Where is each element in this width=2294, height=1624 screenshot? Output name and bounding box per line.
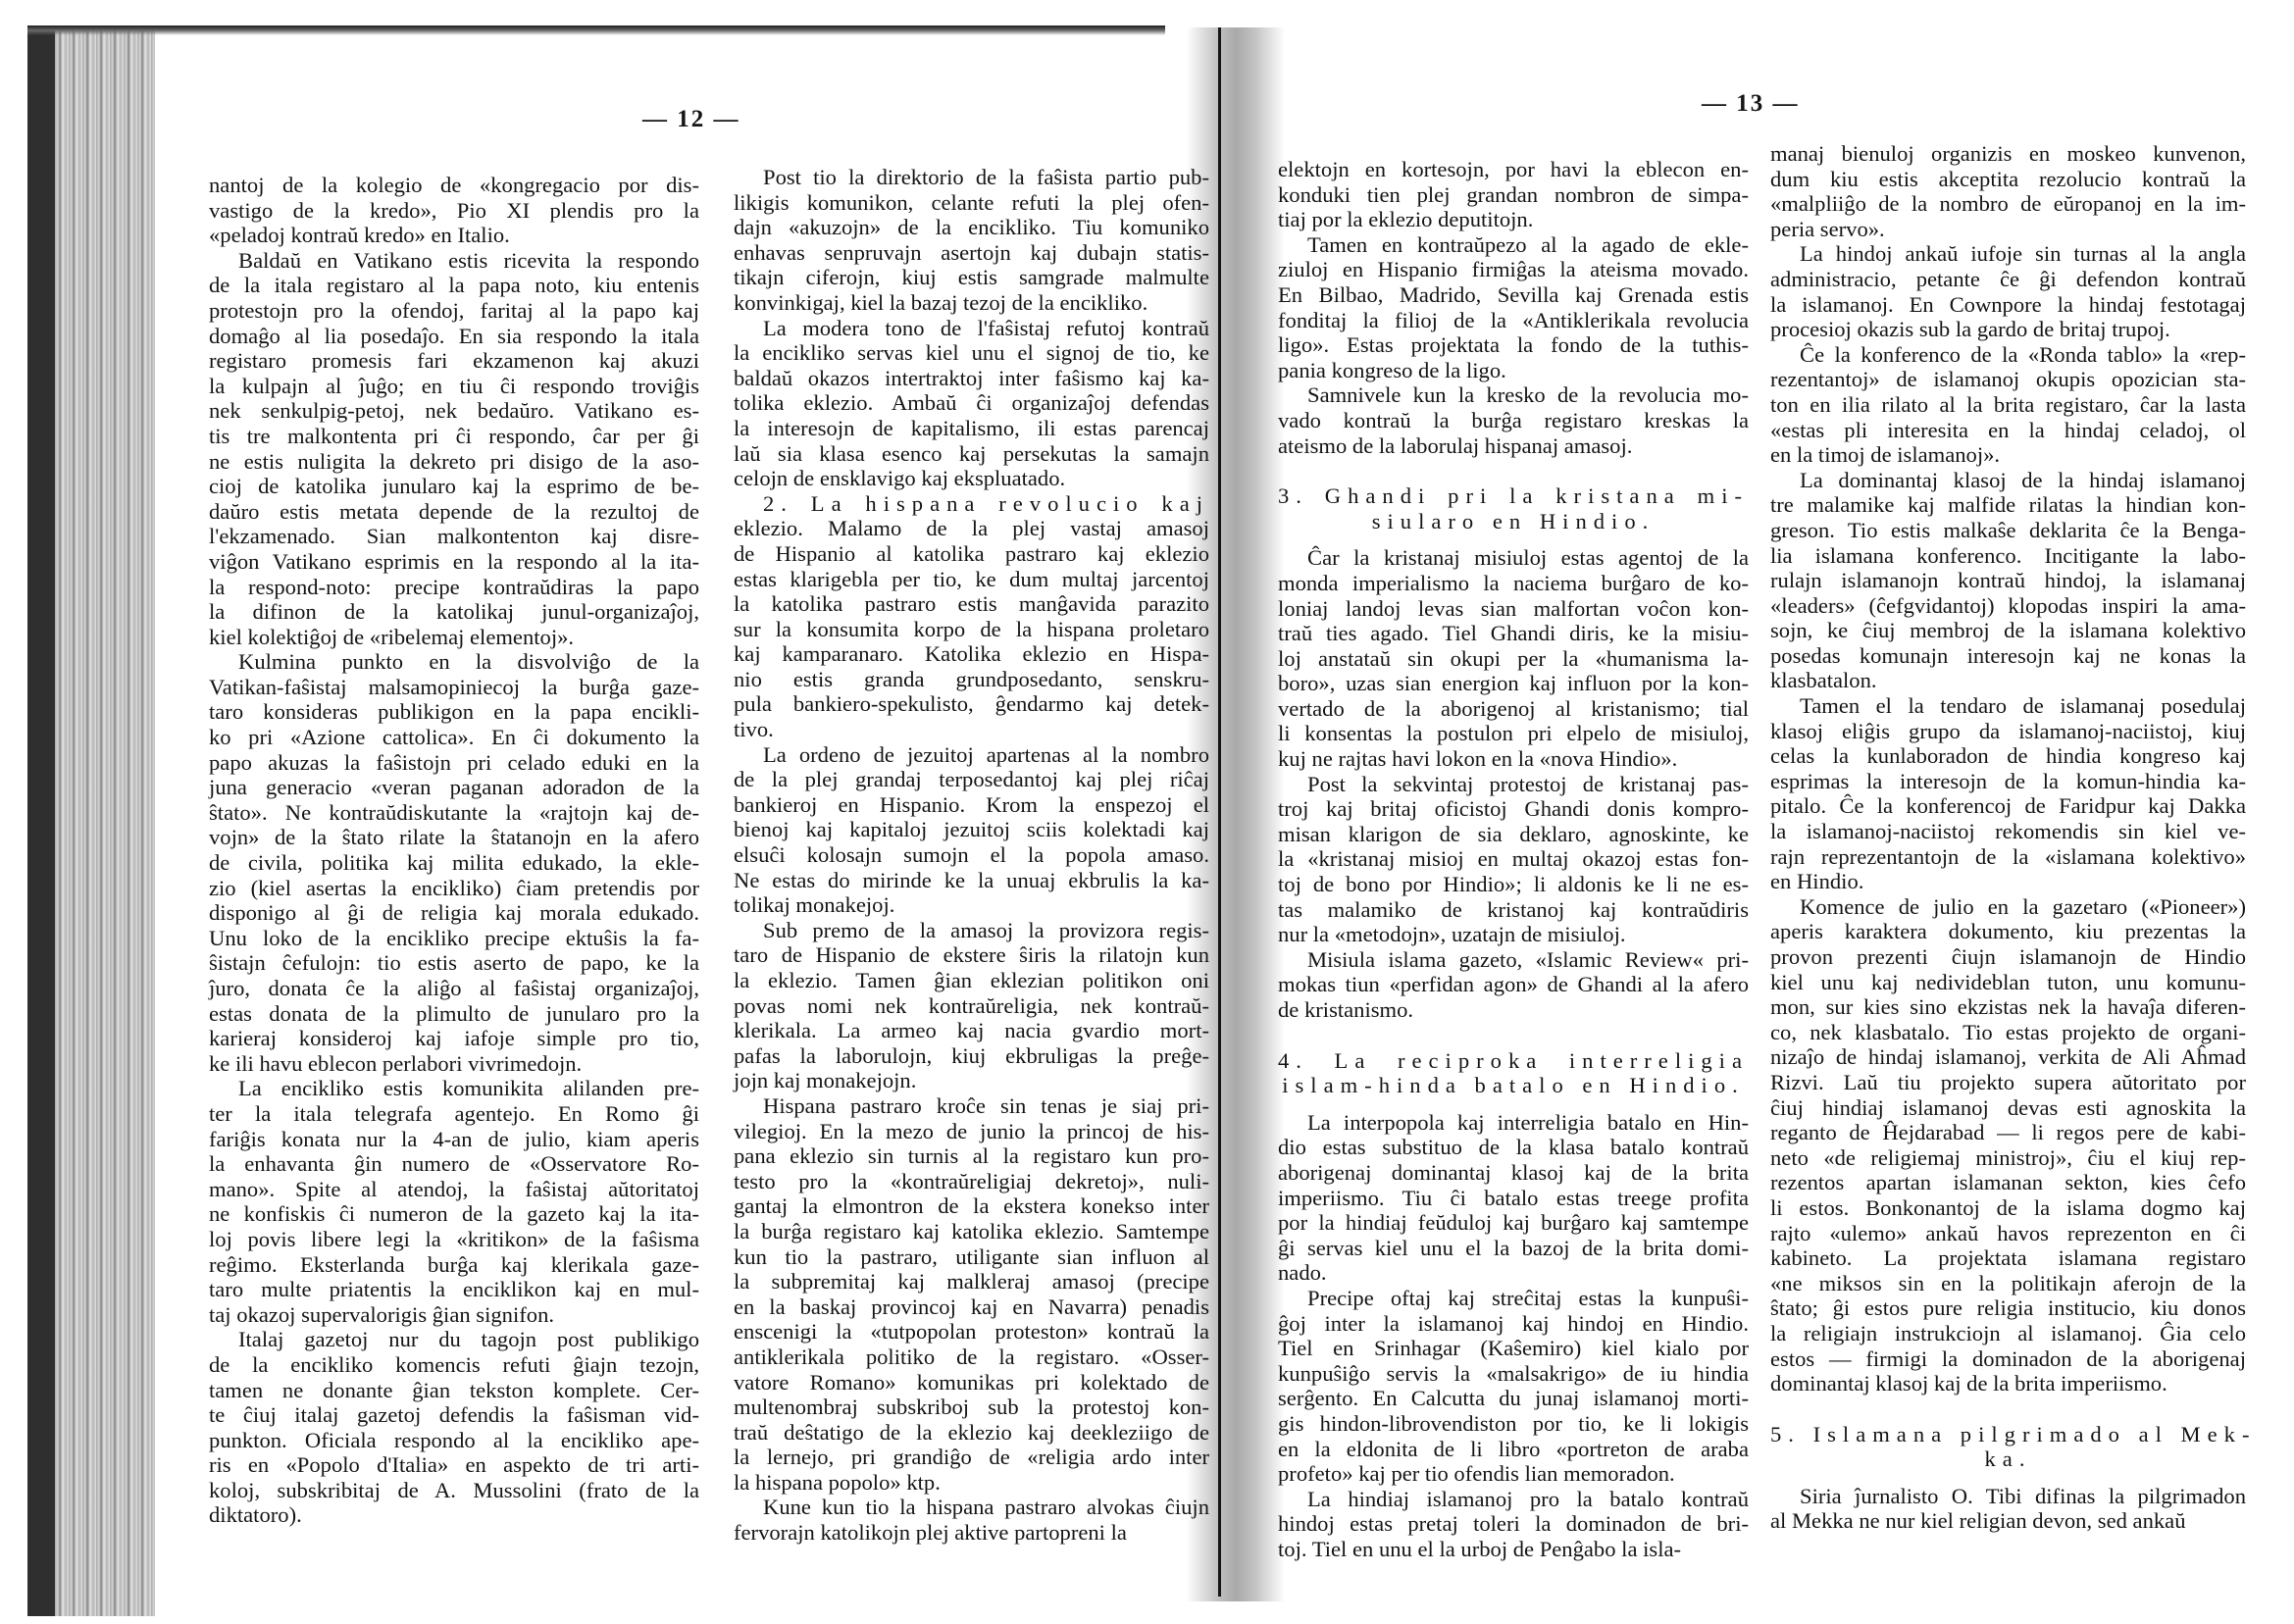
text-line: reĝimo. Eksterlanda burĝa kaj klerikala … xyxy=(209,1252,699,1278)
text-line: tivo. xyxy=(734,717,1209,742)
text-line: multenombraj subskriboj sub la protestoj… xyxy=(734,1395,1209,1420)
text-line: ziuloj en Hispanio firmiĝas la ateisma m… xyxy=(1278,257,1749,282)
text-line: troj kaj britaj oficistoj Ghandi donis k… xyxy=(1278,796,1749,822)
text-line: vilegioj. En la mezo de junio la princoj… xyxy=(734,1119,1209,1144)
text-line: la religiajn instrukciojn al islamanoj. … xyxy=(1770,1321,2246,1346)
text-line: kunpuŝiĝo servis la «malsakrigo» de iu h… xyxy=(1278,1361,1749,1387)
text-line: estas klarigebla per tio, ke dum multaj … xyxy=(734,567,1209,592)
paragraph: Sub premo de la amasoj la provizora regi… xyxy=(734,918,1209,1093)
text-line: tis tre malkontenta pri ĉi respondo, ĉar… xyxy=(209,424,699,449)
paragraph-spacing xyxy=(1278,1023,1749,1048)
text-line: «ne miksos sin en la politikajn aferojn … xyxy=(1770,1271,2246,1296)
text-line: papo akuzas la faŝistojn pri celado eduk… xyxy=(209,750,699,776)
text-line: mano». Spite al atendoj, la faŝistaj aŭt… xyxy=(209,1177,699,1202)
book-page-stack-edge xyxy=(27,25,155,1616)
text-line: «peladoj kontraŭ kredo» en Italio. xyxy=(209,223,699,248)
text-line: likigis komunikon, celante refuti la ple… xyxy=(734,190,1209,216)
text-line: profeto» kaj per tio ofendis lian memora… xyxy=(1278,1461,1749,1487)
text-line: povas nomi nek kontraŭreligia, nek kontr… xyxy=(734,993,1209,1019)
text-line: loniaj landoj levas sian malfortan voĉon… xyxy=(1278,596,1749,622)
text-line: klerikala. La armeo kaj nacia gvardio mo… xyxy=(734,1018,1209,1043)
text-line: en la baskaj provincoj kaj en Navarra) p… xyxy=(734,1294,1209,1320)
text-line: La ordeno de jezuitoj apartenas al la no… xyxy=(734,742,1209,768)
paragraph: Post la sekvintaj protestoj de kristanaj… xyxy=(1278,772,1749,947)
text-line: la enhavanta ĝin numero de «Osservatore … xyxy=(209,1151,699,1177)
text-line: La interpopola kaj interreligia batalo e… xyxy=(1278,1110,1749,1136)
text-line: pana eklezio sin turnis al la registaro … xyxy=(734,1143,1209,1169)
text-line: Ĉe la konferenco de la «Ronda tablo» la … xyxy=(1770,342,2246,368)
text-line: klasbatalon. xyxy=(1770,668,2246,693)
text-line: la eklezio. Tamen ĝian eklezian politiko… xyxy=(734,968,1209,993)
text-line: nizaĵo de hindaj islamanoj, verkita de A… xyxy=(1770,1044,2246,1070)
text-line: tamen ne donante ĝian tekston komplete. … xyxy=(209,1378,699,1403)
paragraph: Baldaŭ en Vatikano estis ricevita la res… xyxy=(209,248,699,650)
text-line: dominantaj klasoj kaj de la brita imperi… xyxy=(1770,1371,2246,1396)
text-line: en Hindio. xyxy=(1770,869,2246,894)
text-line: reganto de Ĥejdarabad — li regos pere de… xyxy=(1770,1120,2246,1145)
paragraph: Hispana pastraro kroĉe sin tenas je siaj… xyxy=(734,1093,1209,1496)
text-line: la islamanoj. En Cownpore la hindaj fest… xyxy=(1770,292,2246,318)
text-line: la kulpajn al ĵuĝo; en tiu ĉi respondo t… xyxy=(209,374,699,399)
text-line: fervorajn katolikojn plej aktive partopr… xyxy=(734,1520,1209,1546)
text-line: rezentantoj» de islamanoj okupis opozici… xyxy=(1770,367,2246,392)
text-line: por la hindiaj feŭduloj kaj burĝaro kaj … xyxy=(1278,1210,1749,1236)
text-line: neto «de religiemaj ministroj», ĉiu el k… xyxy=(1770,1145,2246,1171)
text-line: provon prezenti ĉiujn islamanojn de Hind… xyxy=(1770,944,2246,970)
text-line: en la eldonita de li libro «portreton de… xyxy=(1278,1437,1749,1462)
text-line: nio estis granda grundposedanto, senskru… xyxy=(734,667,1209,692)
text-line: aborigenaj dominantaj klasoj kaj de la b… xyxy=(1278,1160,1749,1186)
text-line: manaj bienuloj organizis en moskeo kunve… xyxy=(1770,141,2246,167)
text-line: ter la itala telegrafa agentejo. En Romo… xyxy=(209,1101,699,1127)
text-line: tre malamike kaj malfide rilatas la hind… xyxy=(1770,492,2246,518)
paragraph: La ordeno de jezuitoj apartenas al la no… xyxy=(734,742,1209,918)
scanned-book-spread: — 12 — — 13 — nantoj de la kolegio de «k… xyxy=(0,0,2294,1624)
text-line: cioj de katolika junularo kaj la esprimo… xyxy=(209,474,699,499)
text-line: Ĉar la kristanaj misiuloj estas agentoj … xyxy=(1278,545,1749,571)
text-line: tas malamiko de kristanoj kaj kontraŭdir… xyxy=(1278,897,1749,923)
text-line: Tiel en Srinhagar (Kaŝemiro) kiel kialo … xyxy=(1278,1336,1749,1361)
text-line: de kristanismo. xyxy=(1278,997,1749,1023)
text-line: Unu loko de la encikliko precipe ektuŝis… xyxy=(209,926,699,951)
paragraph-spacing xyxy=(1770,1472,2246,1484)
text-line: elektojn en kortesojn, por havi la eblec… xyxy=(1278,157,1749,182)
paragraph: Tamen en kontraŭpezo al la agado de ekle… xyxy=(1278,232,1749,383)
paragraph: Precipe oftaj kaj streĉitaj estas la kun… xyxy=(1278,1286,1749,1487)
text-line: fariĝis konata nur la 4-an de julio, kia… xyxy=(209,1127,699,1152)
section-heading: 5. Islamana pilgrimado al Mek-ka. xyxy=(1770,1422,2246,1472)
text-line: pania kongreso de la ligo. xyxy=(1278,358,1749,383)
text-line: kun tio la pastraro, utiligante sian inf… xyxy=(734,1244,1209,1270)
text-line: domaĝo al lia posedaĵo. En sia respondo … xyxy=(209,324,699,349)
text-line: vado kontraŭ la burĝa registaro kreskas … xyxy=(1278,408,1749,433)
paragraph: La encikliko estis komunikita alilanden … xyxy=(209,1076,699,1327)
text-line: mon, sur kies sino ekzistas nek la havaĵ… xyxy=(1770,994,2246,1020)
paragraph: La modera tono de l'faŝistaj refutoj kon… xyxy=(734,316,1209,491)
paragraph: nantoj de la kolegio de «kongregacio por… xyxy=(209,173,699,248)
text-line: registaro promesis fari ekzamenon kaj ak… xyxy=(209,348,699,374)
text-line: vertado de la aborigenoj al kristanismo;… xyxy=(1278,696,1749,722)
text-line: de la itala registaro al la papa noto, k… xyxy=(209,273,699,298)
text-line: La dominantaj klasoj de la hindaj islama… xyxy=(1770,468,2246,493)
text-line: ligo». Estas projektata la fondo de la t… xyxy=(1278,332,1749,358)
text-line: dajn «akuzojn» de la encikliko. Tiu komu… xyxy=(734,215,1209,240)
text-line: Samnivele kun la kresko de la revolucia … xyxy=(1278,382,1749,408)
text-line: la burĝa registaro kaj katolika eklezio.… xyxy=(734,1219,1209,1244)
text-line: kabineto. La projektata islamana regista… xyxy=(1770,1245,2246,1271)
text-line: «estas pli interesita en la hindaj celad… xyxy=(1770,418,2246,443)
paragraph: Ĉe la konferenco de la «Ronda tablo» la … xyxy=(1770,342,2246,468)
text-line: rajto «ulemo» ankaŭ havos reprezenton en… xyxy=(1770,1221,2246,1246)
text-line: zio (kiel asertas la encikliko) ĉiam pre… xyxy=(209,876,699,901)
text-line: Vatikan-faŝistaj malsamopiniecoj la burĝ… xyxy=(209,675,699,700)
text-line: la encikliko servas kiel unu el signoj d… xyxy=(734,340,1209,366)
paragraph: La hindiaj islamanoj pro la batalo kontr… xyxy=(1278,1487,1749,1562)
text-line: la katolika pastraro estis manĝavida par… xyxy=(734,591,1209,617)
text-line: antiklerikala politiko de la registaro. … xyxy=(734,1345,1209,1370)
text-line: li estos. Bonkonantoj de la islama dogmo… xyxy=(1770,1195,2246,1221)
section-heading-line: ka. xyxy=(1770,1446,2246,1472)
paragraph: Kune kun tio la hispana pastraro alvokas… xyxy=(734,1495,1209,1545)
paragraph: La interpopola kaj interreligia batalo e… xyxy=(1278,1110,1749,1286)
text-line: taro multe priatentis la enciklikon kaj … xyxy=(209,1277,699,1302)
text-line: Kulmina punkto en la disvolviĝo de la xyxy=(209,649,699,675)
text-line: en la timoj de islamanoj». xyxy=(1770,442,2246,468)
paragraph: La hindoj ankaŭ iufoje sin turnas al la … xyxy=(1770,241,2246,341)
text-line: ne estis nuligita la dekreto pri disigo … xyxy=(209,449,699,475)
text-line: de Hispanio al katolika pastraro kaj ekl… xyxy=(734,541,1209,567)
text-line: ĝi servas kiel unu el la bazoj de la bri… xyxy=(1278,1236,1749,1261)
text-line: viĝon Vatikano esprimis en la respondo a… xyxy=(209,549,699,575)
page-number-left: — 12 — xyxy=(642,106,740,133)
section-heading: 4. La reciproka interreligiaislam-hinda … xyxy=(1278,1048,1749,1098)
paragraph: 2. La hispana revolucio kajeklezio. Mala… xyxy=(734,491,1209,742)
left-page-column-1: nantoj de la kolegio de «kongregacio por… xyxy=(209,173,699,1528)
page-number-right: — 13 — xyxy=(1702,90,1800,118)
text-line: Rizvi. Laŭ tiu projekto supera aŭtoritat… xyxy=(1770,1070,2246,1095)
text-line: Italaj gazetoj nur du tagojn post publik… xyxy=(209,1327,699,1352)
text-line: kuj ne rajtas havi lokon en la «nova Hin… xyxy=(1278,746,1749,772)
text-line: konvinkigaj, kiel la bazaj tezoj de la e… xyxy=(734,290,1209,316)
text-line: la islamanoj-naciistoj rekomendis sin ki… xyxy=(1770,819,2246,844)
paragraph: Samnivele kun la kresko de la revolucia … xyxy=(1278,382,1749,458)
text-line: nantoj de la kolegio de «kongregacio por… xyxy=(209,173,699,198)
text-line: jojn kaj monakejojn. xyxy=(734,1068,1209,1093)
paragraph: manaj bienuloj organizis en moskeo kunve… xyxy=(1770,141,2246,241)
text-line: Post tio la direktorio de la faŝista par… xyxy=(734,165,1209,190)
text-line: mokas tiun «perfidan agon» de Ghandi al … xyxy=(1278,972,1749,997)
text-line: taro de Hispanio de ekstere ŝiris la ril… xyxy=(734,942,1209,968)
text-line: klasoj eliĝis grupo da islamanoj-naciist… xyxy=(1770,719,2246,744)
paragraph: elektojn en kortesojn, por havi la eblec… xyxy=(1278,157,1749,232)
text-line: testo pro la «kontraŭreligiaj dekretoj»,… xyxy=(734,1169,1209,1194)
text-line: estos — firmigi la dominadon de la abori… xyxy=(1770,1346,2246,1372)
section-heading: 3. Ghandi pri la kristana mi-siularo en … xyxy=(1278,483,1749,533)
text-line: Misiula islama gazeto, «Islamic Review« … xyxy=(1278,947,1749,973)
text-line: de la plej grandaj terposedantoj kaj ple… xyxy=(734,767,1209,792)
text-line: ne konfiskis ĉi numeron de la gazeto kaj… xyxy=(209,1201,699,1227)
paragraph: Misiula islama gazeto, «Islamic Review« … xyxy=(1278,947,1749,1023)
text-line: misan klarigon de sia deklaro, agnoskint… xyxy=(1278,822,1749,847)
text-line: la «kristanaj misioj en multaj okazoj es… xyxy=(1278,846,1749,872)
text-line: aperis karaktera dokumento, kiu prezenta… xyxy=(1770,919,2246,944)
text-line: nado. xyxy=(1278,1260,1749,1286)
text-line: la respond-noto: precipe kontraŭdiras la… xyxy=(209,575,699,600)
text-line: procesioj okazis sub la gardo de britaj … xyxy=(1770,317,2246,342)
text-line: kiel unu kaj nedivideblan tuton, unu kom… xyxy=(1770,970,2246,995)
text-line: dum kiu estis akceptita rezolucio kontra… xyxy=(1770,167,2246,192)
text-line: ŝistajn ĉefulojn: tio estis aserto de pa… xyxy=(209,950,699,976)
text-line: bankieroj en Hispanio. Krom la enspezoj … xyxy=(734,792,1209,818)
text-line: la difinon de la katolikaj junul-organiz… xyxy=(209,599,699,625)
text-line: peria servo». xyxy=(1770,217,2246,242)
text-line: tikajn ciferojn, kiuj estis samgrade mal… xyxy=(734,265,1209,290)
text-line: vojn» de la ŝtato rilate la ŝtatanojn en… xyxy=(209,825,699,850)
text-line: tiaj por la eklezio deputitojn. xyxy=(1278,207,1749,232)
text-line: konduki tien plej grandan nombron de sim… xyxy=(1278,182,1749,208)
text-line: pitalo. Ĉe la konferencoj de Faridpur ka… xyxy=(1770,793,2246,819)
text-line: Sub premo de la amasoj la provizora regi… xyxy=(734,918,1209,943)
paragraph-spacing xyxy=(1278,1098,1749,1110)
text-line: koloj, subskribitaj de A. Mussolini (fra… xyxy=(209,1478,699,1503)
text-line: La modera tono de l'faŝistaj refutoj kon… xyxy=(734,316,1209,341)
text-line: lia islamana konferenco. Incitigante la … xyxy=(1770,543,2246,569)
section-heading-line: 2. La hispana revolucio kaj xyxy=(734,491,1209,517)
text-line: celojn de ensklavigo kaj ekspluatado. xyxy=(734,466,1209,491)
text-line: vastigo de la kredo», Pio XI plendis pro… xyxy=(209,198,699,224)
text-line: administracio, petante ĉe ĝi defendon ko… xyxy=(1770,267,2246,292)
text-line: eklezio. Malamo de la plej vastaj amasoj xyxy=(734,516,1209,541)
text-line: de la encikliko komencis refuti ĝiajn te… xyxy=(209,1352,699,1378)
text-line: La encikliko estis komunikita alilanden … xyxy=(209,1076,699,1101)
text-line: Tamen en kontraŭpezo al la agado de ekle… xyxy=(1278,232,1749,258)
text-line: Kune kun tio la hispana pastraro alvokas… xyxy=(734,1495,1209,1520)
text-line: Hispana pastraro kroĉe sin tenas je siaj… xyxy=(734,1093,1209,1119)
text-line: pafas la laborulojn, kiuj ekbruligas la … xyxy=(734,1043,1209,1069)
text-line: Ne estas do mirinde ke la unuaj ekbrulis… xyxy=(734,868,1209,893)
text-line: Komence de julio en la gazetaro («Pionee… xyxy=(1770,894,2246,920)
paragraph-spacing xyxy=(1278,458,1749,483)
text-line: li konsentas la postulon pri elpelo de m… xyxy=(1278,721,1749,746)
text-line: loj povis libere legi la «kritikon» de l… xyxy=(209,1227,699,1252)
text-line: celas la kunlaboradon de hindia kongreso… xyxy=(1770,743,2246,769)
section-heading-line: 3. Ghandi pri la kristana mi- xyxy=(1278,483,1749,509)
text-line: pula bankiero-spekulisto, ĝendarmo kaj d… xyxy=(734,691,1209,717)
text-line: Precipe oftaj kaj streĉitaj estas la kun… xyxy=(1278,1286,1749,1311)
text-line: tolika eklezio. Ambaŭ ĉi organizaĵoj def… xyxy=(734,390,1209,416)
text-line: punkton. Oficiala respondo al la encikli… xyxy=(209,1428,699,1453)
text-line: ŝtato; ĝi estos pure religia institucio,… xyxy=(1770,1295,2246,1321)
text-line: la hispana popolo» ktp. xyxy=(734,1470,1209,1496)
text-line: vatore Romano» komunikas pri kolektado d… xyxy=(734,1370,1209,1396)
section-heading-line: 4. La reciproka interreligia xyxy=(1278,1048,1749,1074)
text-line: bienoj kaj kapitaloj jezuitoj sciis kole… xyxy=(734,817,1209,842)
paragraph-spacing xyxy=(1770,1396,2246,1422)
left-page-column-2: Post tio la direktorio de la faŝista par… xyxy=(734,165,1209,1546)
text-line: boro», uzas sian energion kaj influon po… xyxy=(1278,671,1749,696)
text-line: juna generacio «veran paganan adoradon d… xyxy=(209,775,699,800)
text-line: ko pri «Azione cattolica». En ĉi dokumen… xyxy=(209,725,699,750)
text-line: taj okazoj supervalorigis ĝian signifon. xyxy=(209,1302,699,1328)
text-line: ton en ilia rilato al la brita registaro… xyxy=(1770,392,2246,418)
text-line: loj anstataŭ sin okupi per la «humanisma… xyxy=(1278,646,1749,672)
text-line: laŭ sia klasa esenco kaj persekutas la s… xyxy=(734,441,1209,467)
text-line: enscenigi la «tutpopolan proteston» kont… xyxy=(734,1319,1209,1345)
paragraph: Tamen el la tendaro de islamanaj posedul… xyxy=(1770,693,2246,894)
text-line: de civila, politika kaj milita edukado, … xyxy=(209,850,699,876)
section-heading-line: islam-hinda batalo en Hindio. xyxy=(1278,1073,1749,1098)
text-line: ŝtato». Ne kontraŭdiskutante la «rajtojn… xyxy=(209,800,699,826)
text-line: daŭro estis metata depende de la rezulto… xyxy=(209,499,699,525)
text-line: taro konsideras publikigon en la papa en… xyxy=(209,699,699,725)
text-line: estas donata de la plimulto de junularo … xyxy=(209,1001,699,1027)
book-spine-line xyxy=(1218,27,1221,1597)
text-line: ĉiuj hindiaj islamanoj devas esti agnosk… xyxy=(1770,1095,2246,1121)
text-line: ĵuro, donata ĉe la aliĝo al faŝistaj org… xyxy=(209,976,699,1001)
text-line: Siria ĵurnalisto O. Tibi difinas la pilg… xyxy=(1770,1484,2246,1509)
text-line: ĝoj inter la islamanoj kaj hindoj en Hin… xyxy=(1278,1311,1749,1337)
paragraph: Komence de julio en la gazetaro («Pionee… xyxy=(1770,894,2246,1396)
text-line: ris en «Popolo d'Italia» en aspekto de t… xyxy=(209,1452,699,1478)
section-heading-line: siularo en Hindio. xyxy=(1278,509,1749,534)
text-line: al Mekka ne nur kiel religian devon, sed… xyxy=(1770,1508,2246,1534)
section-heading-line: 5. Islamana pilgrimado al Mek- xyxy=(1770,1422,2246,1447)
text-line: La hindiaj islamanoj pro la batalo kontr… xyxy=(1278,1487,1749,1512)
text-line: diktatoro). xyxy=(209,1502,699,1528)
text-line: te ĉiuj italaj gazetoj defendis la faŝis… xyxy=(209,1402,699,1428)
text-line: esprimas la interesojn de la komun-hindi… xyxy=(1770,769,2246,794)
paragraph-spacing xyxy=(1278,533,1749,545)
text-line: toj. Tiel en unu el la urboj de Penĝabo … xyxy=(1278,1537,1749,1562)
text-line: hindoj estas pretaj toleri la dominadon … xyxy=(1278,1511,1749,1537)
text-line: kaj kamparanaro. Katolika eklezio en His… xyxy=(734,641,1209,667)
text-line: rezentos apartan islamanan sekton, kies … xyxy=(1770,1170,2246,1195)
text-line: serĝento. En Calcutta du junaj islamanoj… xyxy=(1278,1386,1749,1411)
text-line: la interesojn de kapitalismo, ili estas … xyxy=(734,416,1209,441)
text-line: imperiismo. Tiu ĉi batalo estas treege p… xyxy=(1278,1186,1749,1211)
text-line: la lernejo, pri grandiĝo de «religia ard… xyxy=(734,1445,1209,1470)
paragraph: Italaj gazetoj nur du tagojn post publik… xyxy=(209,1327,699,1528)
text-line: baldaŭ okazos intertraktoj inter faŝismo… xyxy=(734,366,1209,391)
text-line: sojn, ke ĉiuj membroj de la islamana kol… xyxy=(1770,618,2246,643)
paragraph: La dominantaj klasoj de la hindaj islama… xyxy=(1770,468,2246,693)
text-line: kiel kolektiĝoj de «ribelemaj elementoj»… xyxy=(209,625,699,650)
text-line: nek senkulpig-petoj, nek bedaŭro. Vatika… xyxy=(209,398,699,424)
paragraph: Ĉar la kristanaj misiuloj estas agentoj … xyxy=(1278,545,1749,771)
text-line: tolikaj monakejoj. xyxy=(734,892,1209,918)
text-line: ateismo de la laborulaj hispanaj amasoj. xyxy=(1278,433,1749,459)
text-line: greson. Tio estis malkaŝe deklarita ĉe l… xyxy=(1770,518,2246,543)
text-line: posedas komunajn interesojn kaj ne konas… xyxy=(1770,643,2246,669)
paragraph: Kulmina punkto en la disvolviĝo de laVat… xyxy=(209,649,699,1076)
text-line: traŭ deŝtatigo de la eklezio kaj deeklez… xyxy=(734,1420,1209,1446)
paragraph: Siria ĵurnalisto O. Tibi difinas la pilg… xyxy=(1770,1484,2246,1534)
book-top-edge xyxy=(27,25,1165,35)
text-line: rulajn islamanojn kontraŭ hindoj, la isl… xyxy=(1770,568,2246,593)
text-line: toj de bono por Hindio»; li aldonis ke l… xyxy=(1278,872,1749,897)
text-line: traŭ ties agado. Tiel Ghandi diris, ke l… xyxy=(1278,621,1749,646)
text-line: En Bilbao, Madrido, Sevilla kaj Grenada … xyxy=(1278,282,1749,308)
right-page-column-1: elektojn en kortesojn, por havi la eblec… xyxy=(1278,157,1749,1561)
text-line: La hindoj ankaŭ iufoje sin turnas al la … xyxy=(1770,241,2246,267)
text-line: sur la konsumita korpo de la hispana pro… xyxy=(734,617,1209,642)
text-line: l'ekzamenado. Sian malkontenton kaj disr… xyxy=(209,524,699,549)
text-line: protestojn pro la ofendoj, faritaj al la… xyxy=(209,298,699,324)
text-line: dio estas substituo de la klasa batalo k… xyxy=(1278,1135,1749,1160)
text-line: fonditaj la filioj de la «Antiklerikala … xyxy=(1278,308,1749,333)
text-line: Baldaŭ en Vatikano estis ricevita la res… xyxy=(209,248,699,274)
text-line: enhavas senpruvajn asertojn kaj dubajn s… xyxy=(734,240,1209,266)
text-line: rajn reprezentantojn de la «islamana kol… xyxy=(1770,844,2246,870)
text-line: elsuĉi kolosajn sumojn el la popola amas… xyxy=(734,842,1209,868)
text-line: la subpremitaj kaj malkleraj amasoj (pre… xyxy=(734,1269,1209,1294)
text-line: nur la «metodojn», uzatajn de misiuloj. xyxy=(1278,922,1749,947)
text-line: co, nek klasbatalo. Tio estas projekto d… xyxy=(1770,1020,2246,1045)
text-line: disponigo al ĝi de religia kaj morala ed… xyxy=(209,900,699,926)
paragraph: Post tio la direktorio de la faŝista par… xyxy=(734,165,1209,316)
text-line: Tamen el la tendaro de islamanaj posedul… xyxy=(1770,693,2246,719)
text-line: karieraj konsideroj kaj iafoje simple pr… xyxy=(209,1026,699,1051)
text-line: «leaders» (ĉefgvidantoj) klopodas inspir… xyxy=(1770,593,2246,619)
text-line: monda imperialismo la naciema burĝaro de… xyxy=(1278,571,1749,596)
text-line: ke ili havu eblecon perlabori vivrimedoj… xyxy=(209,1051,699,1077)
text-line: Post la sekvintaj protestoj de kristanaj… xyxy=(1278,772,1749,797)
right-page-column-2: manaj bienuloj organizis en moskeo kunve… xyxy=(1770,141,2246,1534)
text-line: gantaj la elmontron de la ekstera koneks… xyxy=(734,1193,1209,1219)
text-line: «malpliiĝo de la nombro de eŭropanoj en … xyxy=(1770,191,2246,217)
text-line: gis hindon-librovendiston por tio, ke li… xyxy=(1278,1411,1749,1437)
